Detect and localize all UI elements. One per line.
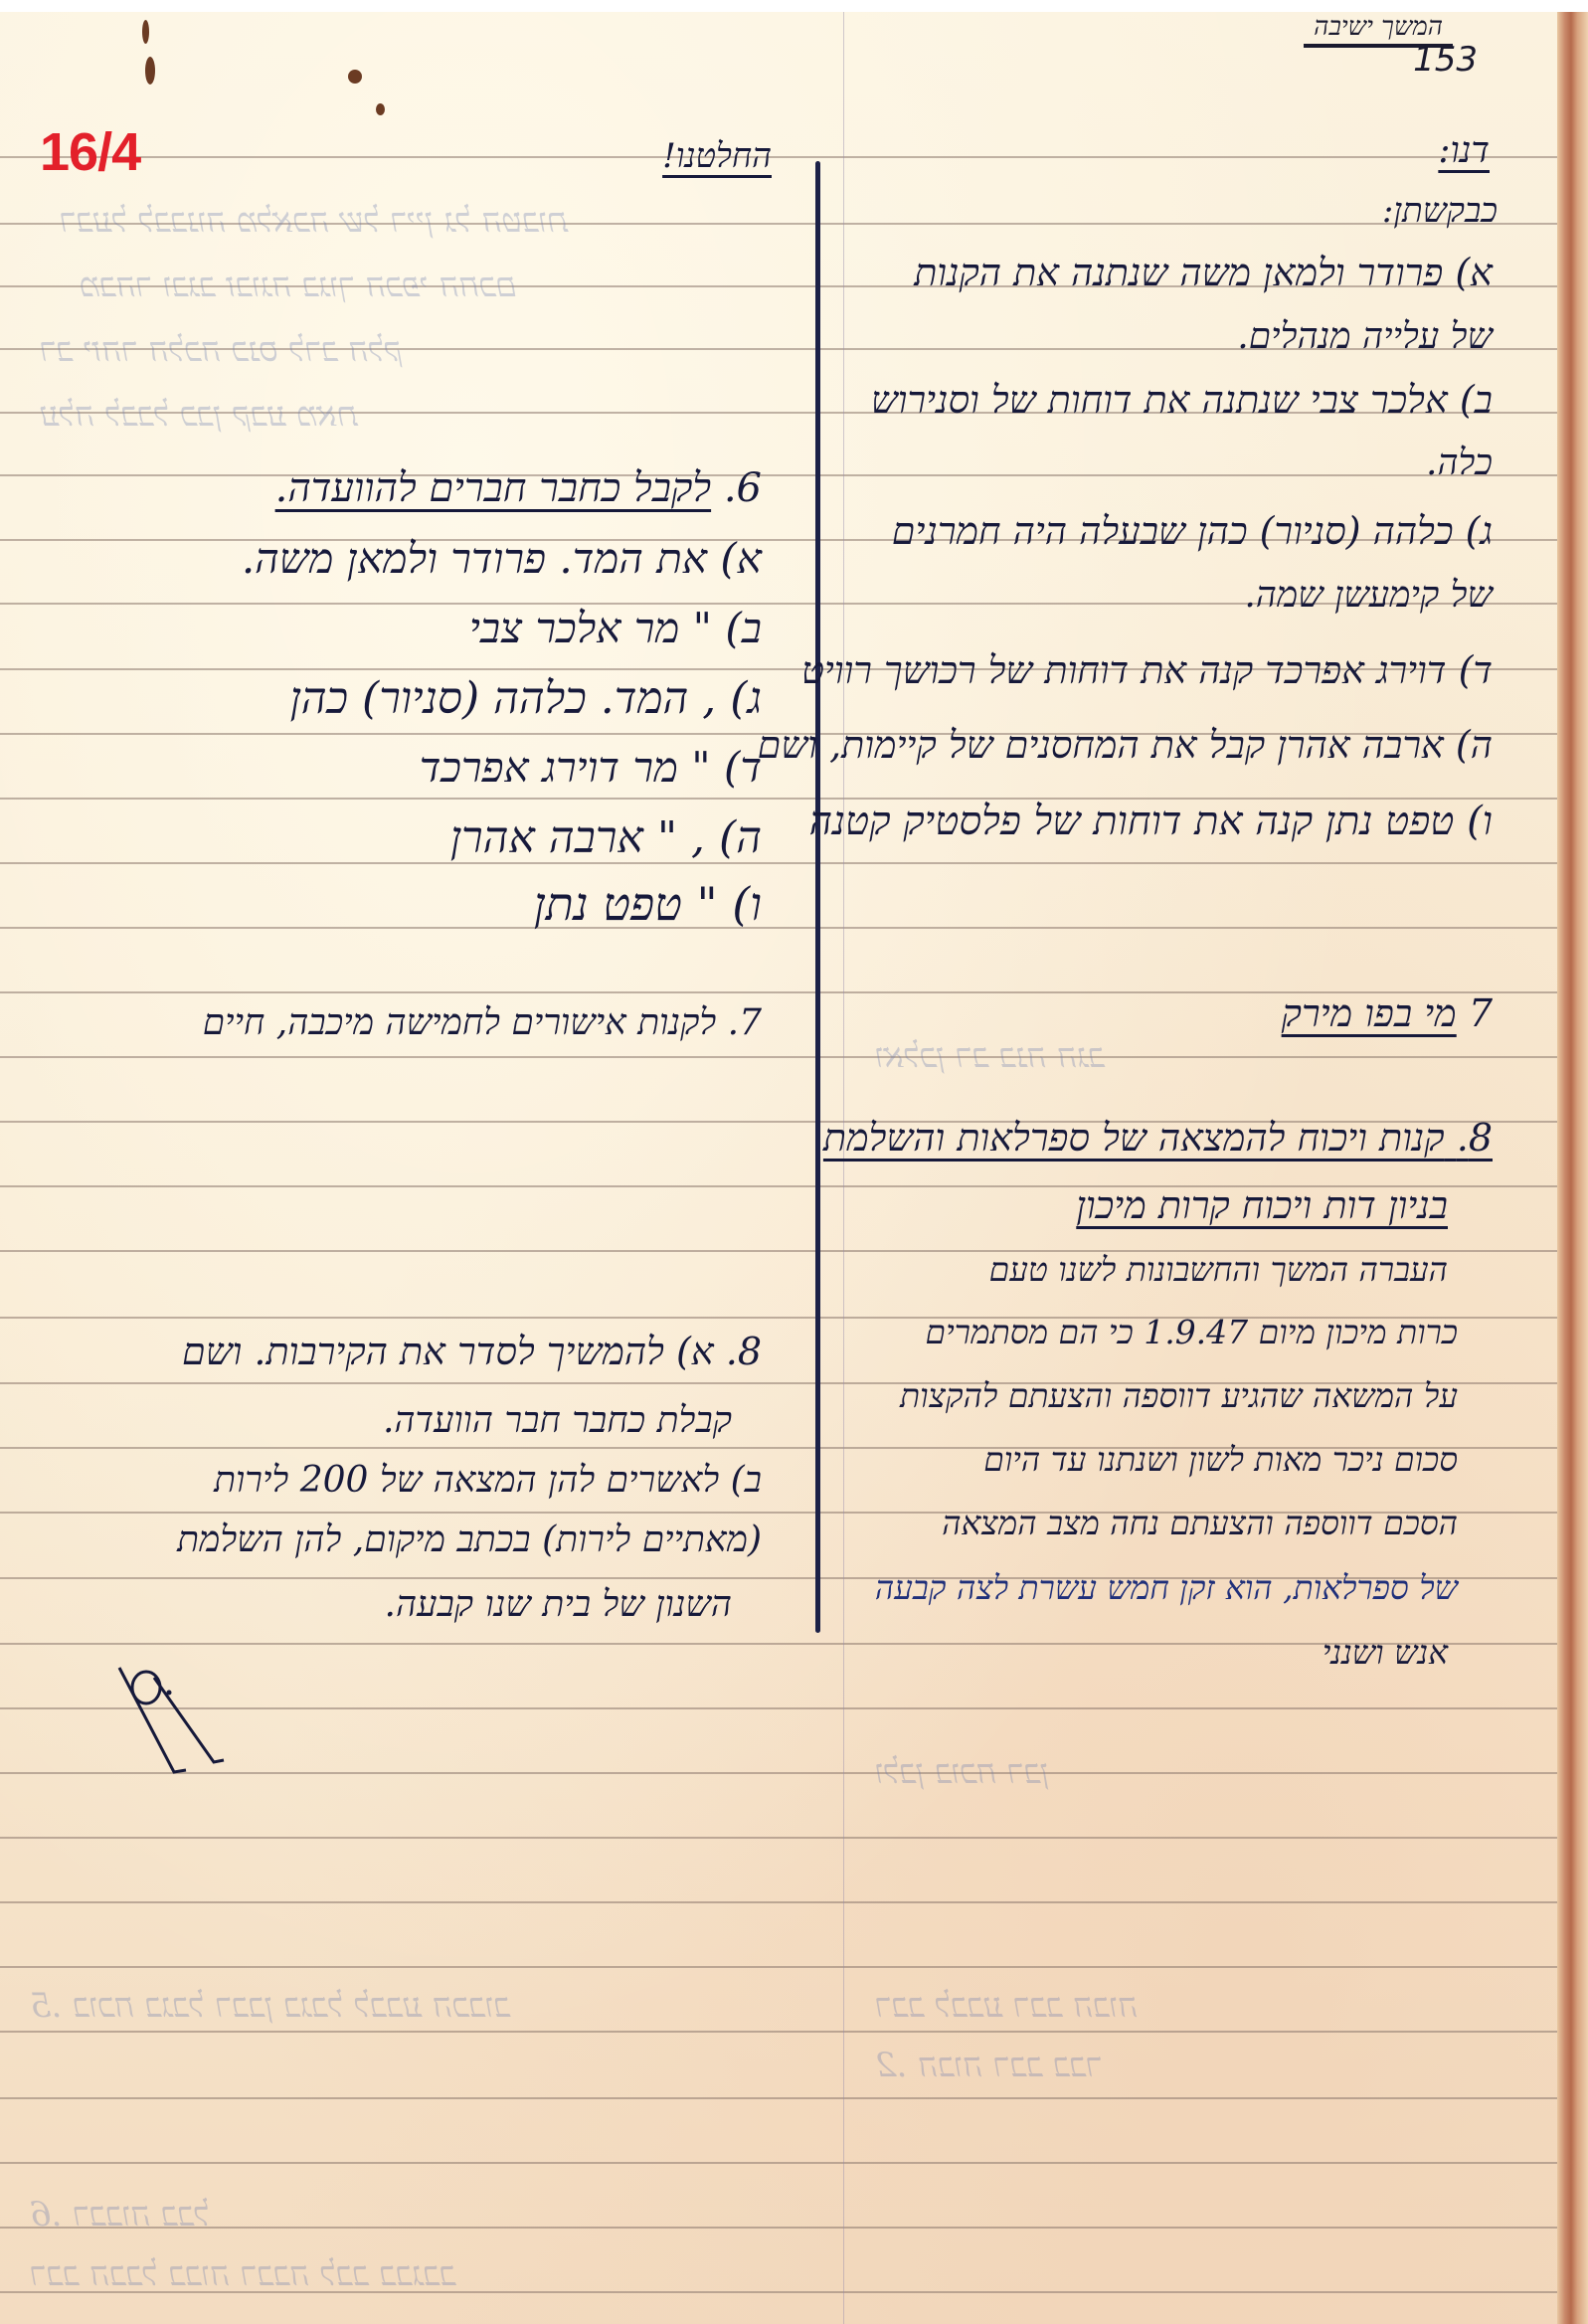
item-marker: ג) [1466,509,1493,553]
ruled-line [0,1966,1557,1968]
subheading-requests: כבקשתן: [1382,191,1498,231]
section-text: לקנות אישורים לחמישה מיכבה, חיים [203,1002,717,1043]
section-8-line: ב) לאשרים להן המצאה של 200 לירות [214,1459,762,1501]
member-item: ו) " טפט נתן [534,877,762,931]
item-marker: ה) [719,812,762,863]
item-marker: ג) [730,673,762,724]
item-marker: ד) [724,743,762,792]
bleedthrough-text: רבב לבבע רבב הבוה [875,1986,1138,2026]
section-8-body-line: העברה המשך והחשבונות לשנו טעם [989,1250,1448,1290]
ink-stain [376,103,385,115]
item-marker: ה) [1456,723,1493,767]
ruled-line [0,474,1557,476]
section-title: קנות ויכוח להמצאה של ספרלאות והשלמת [823,1116,1445,1160]
section-line: א) להמשיך לסדר את הקירבות. ושם [182,1330,714,1373]
item-marker: א) [720,534,762,583]
notebook-page: רבעל לבבנוה מלאכה של ריין גל הטבות מבהר … [0,12,1557,2324]
ruled-line [0,862,1557,864]
ruled-line [0,2097,1557,2099]
section-number: 7 [1469,991,1493,1035]
bleedthrough-text: מבהר ובגב זבוגה בגוך הכפי החכם [80,266,517,305]
member-name: , המד. כלהה (סניור) כהן [290,673,717,724]
ruled-line [0,2162,1557,2164]
section-text: מי בפו מירק [1282,991,1457,1035]
request-item-a: א) פרודר ולמאן משה שנתנה את הקנות [914,251,1493,295]
ruled-line [0,1837,1557,1839]
column-divider [815,161,820,1633]
member-item: ג) , המד. כלהה (סניור) כהן [290,673,762,724]
item-marker: ד) [1459,648,1493,692]
right-section-7: 7 מי בפו מירק [1282,991,1493,1036]
right-section-8-title-cont: בניון דות ויכוח קרות מיכון [1076,1183,1448,1228]
request-item-c: ג) כלהה (סניור) כהן שבעלה היה חמרנים [892,509,1493,554]
left-section-7: 7. לקנות אישורים לחמישה מיכבה, חיים [203,1001,762,1043]
page-binding-edge [1557,12,1588,2324]
heading-discussed: דנו: [1438,129,1490,171]
section-8-body-line: על המשאה שהגיע דווספה והצעתם להקצות [900,1376,1458,1416]
ruled-line [0,2227,1557,2229]
section-8-line: השנון של בית שנו קבעה. [385,1583,732,1625]
item-line: כלהה (סניור) כהן שבעלה היה חמרנים [892,509,1454,553]
section-8-body-line: סכום ניכר מאות לשון ושנתנו עד היום [983,1440,1458,1480]
item-marker: ו) [1467,799,1493,844]
item-line: טפט נתן קנה את דוחות של פלסטיק קטנה [809,799,1455,844]
bleedthrough-text: רב יזהר הלכה כנס לרב הלק [40,330,403,370]
ink-stain [142,20,149,44]
left-section-6-title: 6. לקבל כחבר חברים להוועדה. [275,464,762,511]
bleedthrough-text: 6. רבבוה בבל [30,2195,210,2235]
section-8-body-line: אנש ושנני [1323,1633,1448,1673]
member-item: ה) , " ארבה אהרן [450,812,762,863]
signature-mark [114,1663,264,1782]
item-marker: ב) [1460,378,1493,422]
ink-stain [145,57,155,85]
bleedthrough-text: 2. הבוה רבב בבר [875,2046,1103,2085]
request-item-c-cont: של קימעשן שמה. [1244,574,1493,616]
item-marker: ב) [725,604,762,652]
section-8-body-line: של ספרלאות, הוא זקן חמש עשרת לצה קבעה [875,1568,1458,1608]
member-item: א) את המד. פרודר ולמאן משה. [242,534,762,584]
ruled-line [0,927,1557,929]
page-number: 153 [1413,40,1478,80]
member-name: " טפט נתן [534,877,718,931]
request-item-e: ה) ארבה אהרן קבל את המחסנים של קיימות, ו… [758,723,1493,768]
request-item-b: ב) אלכר צבי שנתנה את דוחות של וסנירוש [871,378,1493,423]
section-8-line: קבלת כחבר חבר הוועדה. [383,1399,732,1441]
left-section-8: 8. א) להמשיך לסדר את הקירבות. ושם [182,1330,762,1374]
item-line: ארבה אהרן קבל את המחסנים של קיימות, ושם [758,723,1444,767]
ruled-line [0,2031,1557,2033]
section-number: 8. [1457,1116,1493,1160]
ruled-line [0,1056,1557,1058]
ruled-line [0,1901,1557,1903]
right-section-8-title: 8. קנות ויכוח להמצאה של ספרלאות והשלמת [823,1116,1493,1161]
member-name: את המד. פרודר ולמאן משה. [242,534,707,583]
item-marker: א) [1455,251,1493,294]
member-name: , " ארבה אהרן [450,812,705,863]
margin-line [843,12,844,2324]
bleedthrough-text: עלה לבבל כבן קבע מאת [40,395,358,435]
item-line: אלכר צבי שנתנה את דוחות של וסנירוש [871,378,1448,422]
section-8-line: (מאתיים לירות) בכתב מיקום, להן השלמת [177,1519,762,1560]
request-item-a-cont: של עלייה מנהלים. [1237,315,1493,357]
item-line: דוירג אפרכד קנה את דוחות של רכושך רוויט [801,648,1447,692]
section-number: 6. [724,465,762,511]
section-title: לקבל כחבר חברים להוועדה. [275,465,712,511]
date-stamp: 16/4 [40,121,140,183]
request-item-b-cont: כלה. [1426,442,1493,483]
section-8-body-line: כרות מיכון מיום 1.9.47 כי הם מסתמרים [926,1313,1458,1352]
member-name: " מר אלכר צבי [469,604,712,652]
request-item-f: ו) טפט נתן קנה את דוחות של פלסטיק קטנה [809,798,1493,844]
section-number: 8. [726,1330,762,1373]
bleedthrough-text: רבב הבבל בבוה רבבה לבב בבגבב [30,2254,455,2294]
request-item-d: ד) דוירג אפרכד קנה את דוחות של רכושך רוו… [801,648,1493,693]
ink-stain [348,70,362,84]
ruled-line [0,156,1557,158]
bleedthrough-text: 5. בוכח בגבל רבבן בגבל לבבע הכבוב [30,1986,510,2026]
heading-decided: החלטנו! [662,136,772,176]
member-name: " מר דוירג אפרכד [420,743,711,792]
bleedthrough-text: רבעל לבבנוה מלאכה של ריין גל הטבות [60,201,568,241]
section-8-body-line: הסכם דווספה והצעתם נחה מצב המצאה [942,1504,1458,1543]
bleedthrough-text: ואלכן רב בנה הגב [875,1036,1105,1076]
member-item: ב) " מר אלכר צבי [469,604,762,653]
item-marker: ו) [732,877,762,931]
member-item: ד) " מר דוירג אפרכד [420,743,762,793]
section-number: 7. [728,1002,762,1043]
item-line: פרודר ולמאן משה שנתנה את הקנות [914,251,1443,294]
bleedthrough-text: ולבן בוכח רבן [875,1752,1049,1792]
